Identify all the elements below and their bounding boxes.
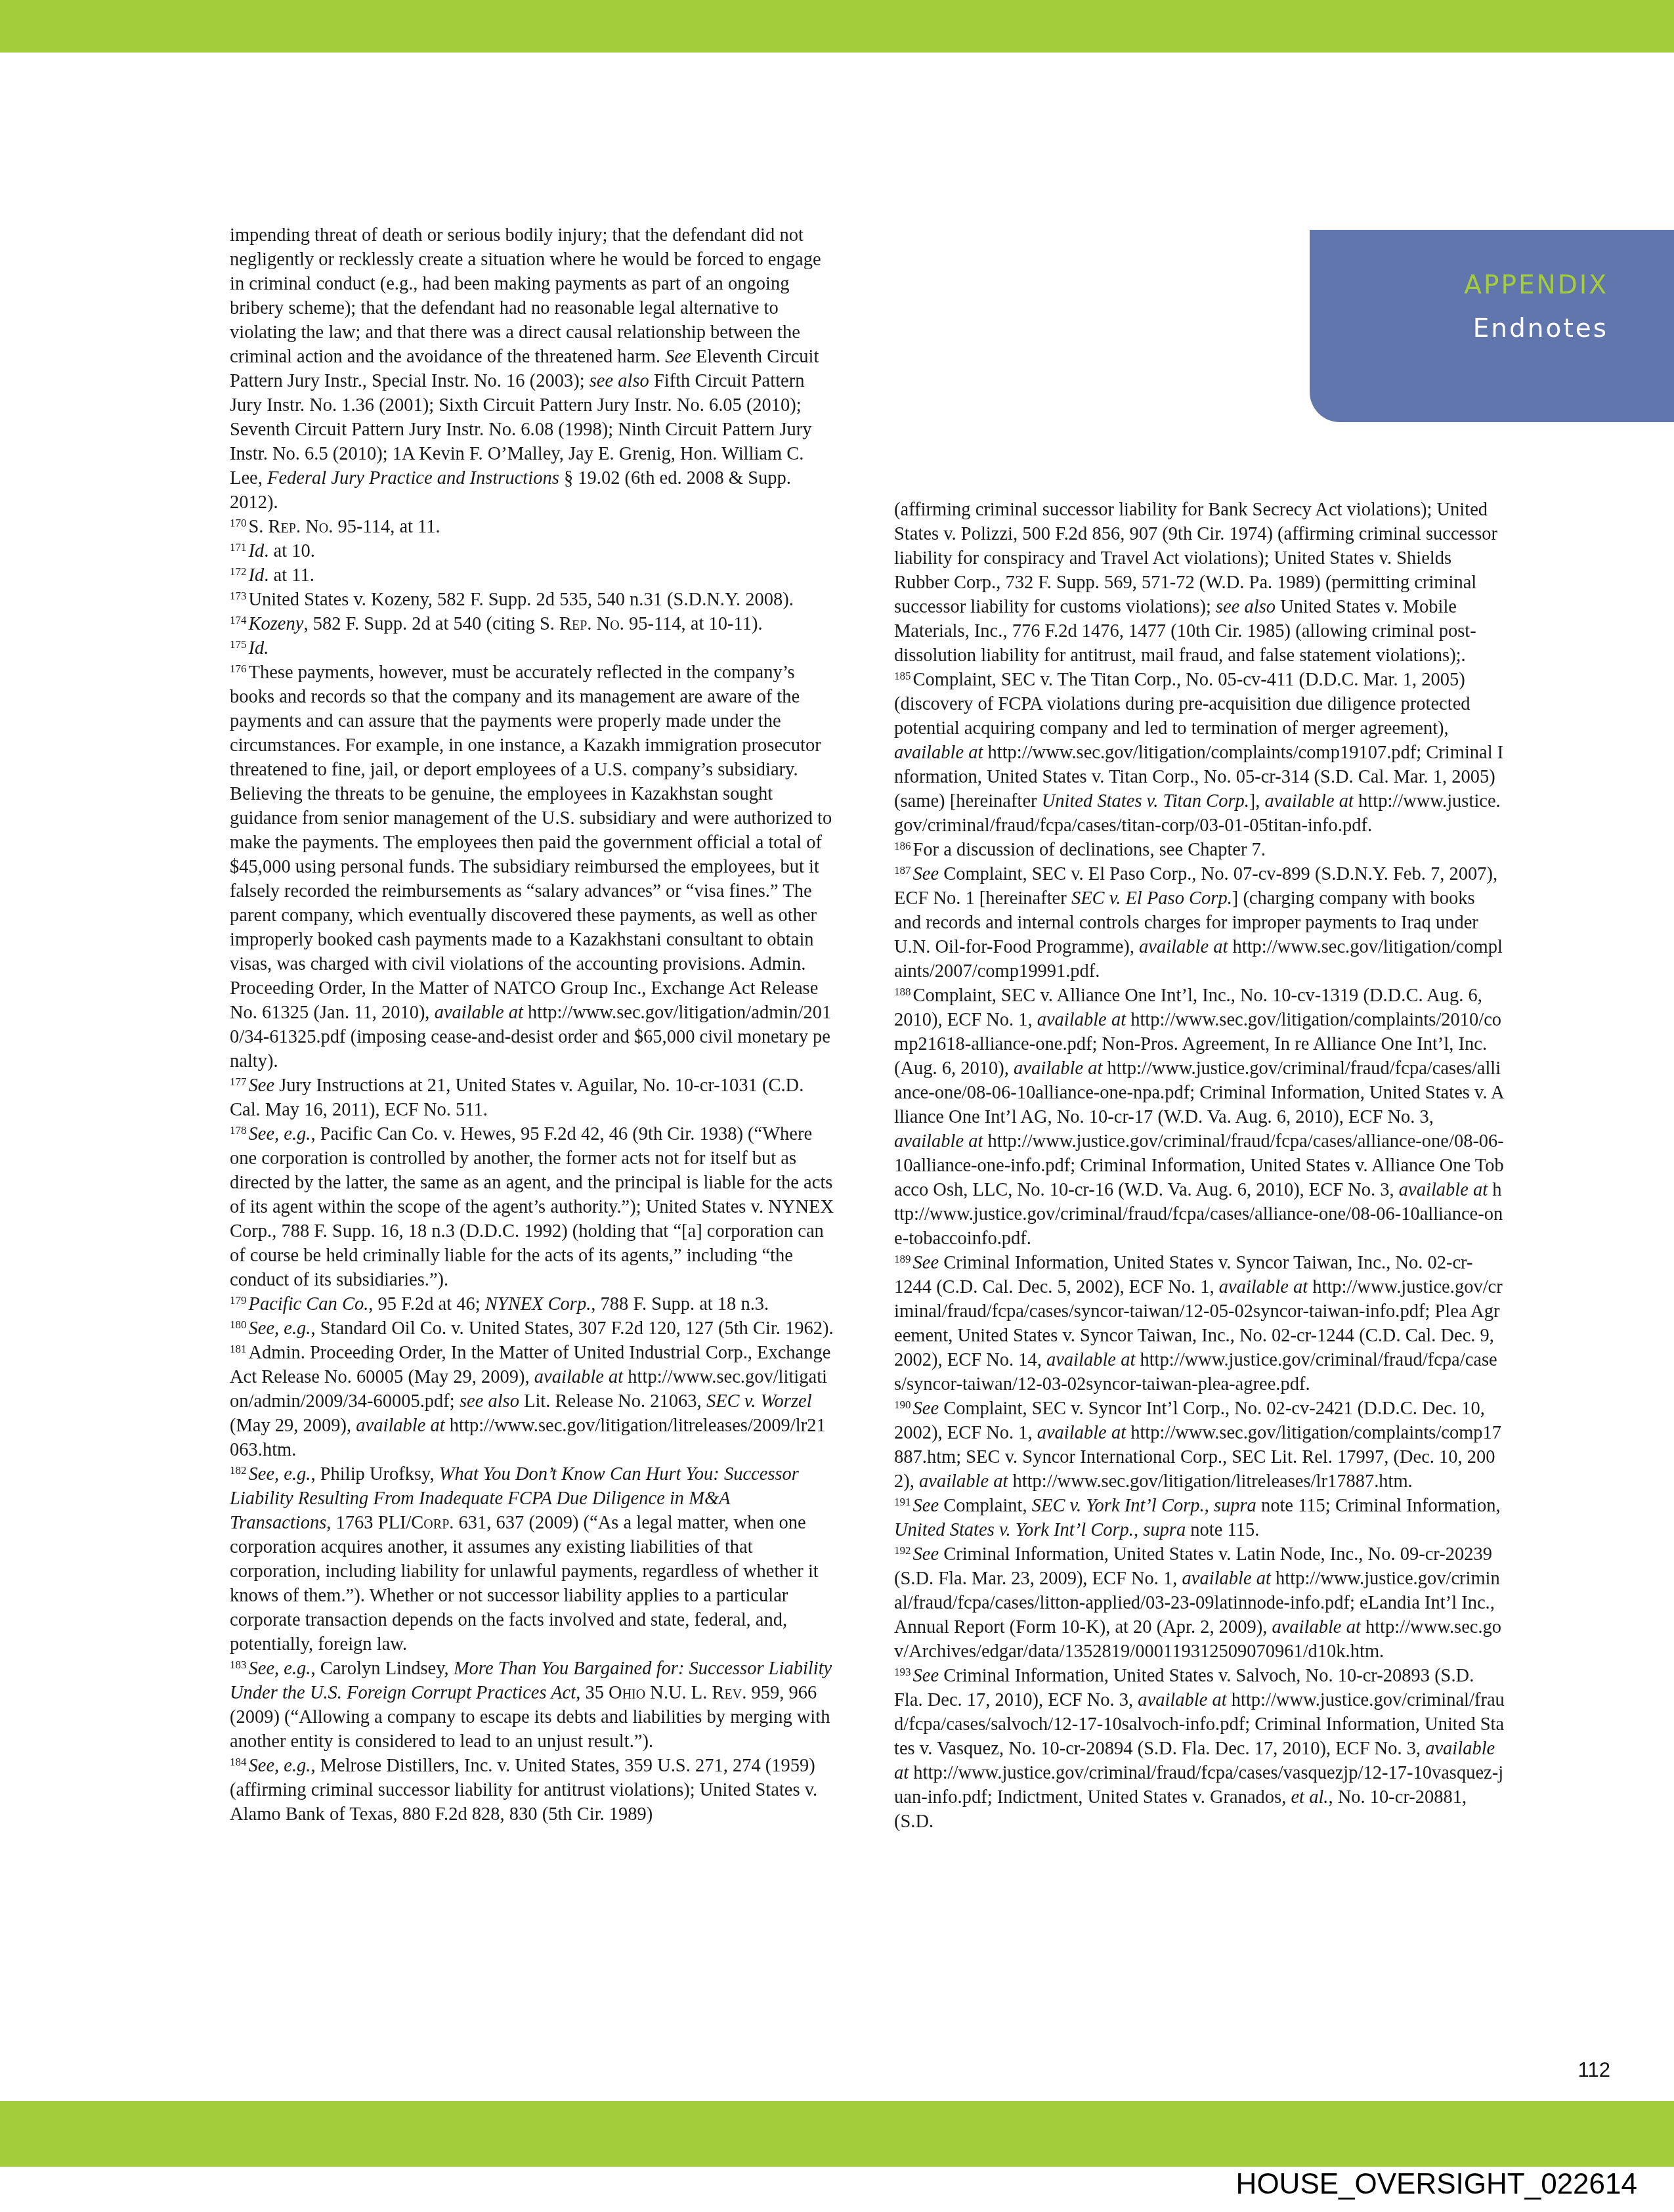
endnote-186: 186For a discussion of declinations, see… [894, 838, 1505, 862]
endnote-178: 178See, e.g., Pacific Can Co. v. Hewes, … [230, 1122, 834, 1292]
endnote-183: 183See, e.g., Carolyn Lindsey, More Than… [230, 1657, 834, 1754]
endnote-190: 190See Complaint, SEC v. Syncor Int’l Co… [894, 1397, 1505, 1494]
endnote-188: 188Complaint, SEC v. Alliance One Int’l,… [894, 984, 1505, 1251]
endnote-number: 183 [230, 1659, 247, 1671]
endnote-177: 177See Jury Instructions at 21, United S… [230, 1073, 834, 1122]
endnote-number: 191 [894, 1496, 911, 1508]
endnote-193: 193See Criminal Information, United Stat… [894, 1664, 1505, 1834]
top-accent-band [0, 0, 1674, 53]
endnote-184-continuation: (affirming criminal successor liability … [894, 498, 1505, 668]
endnote-181: 181Admin. Proceeding Order, In the Matte… [230, 1341, 834, 1462]
endnote-185: 185Complaint, SEC v. The Titan Corp., No… [894, 668, 1505, 838]
endnote-continuation: impending threat of death or serious bod… [230, 223, 834, 515]
endnote-number: 185 [894, 670, 911, 682]
endnote-number: 184 [230, 1756, 247, 1768]
endnote-171: 171Id. at 10. [230, 539, 834, 563]
section-kicker: APPENDIX [1464, 271, 1608, 300]
endnotes-right-column: (affirming criminal successor liability … [894, 498, 1505, 1834]
endnote-187: 187See Complaint, SEC v. El Paso Corp., … [894, 862, 1505, 984]
section-title: Endnotes [1473, 314, 1608, 343]
endnote-184: 184See, e.g., Melrose Distillers, Inc. v… [230, 1754, 834, 1827]
endnote-number: 172 [230, 565, 247, 578]
endnote-176: 176These payments, however, must be accu… [230, 661, 834, 1073]
page-number: 112 [1578, 2058, 1610, 2082]
endnote-174: 174Kozeny, 582 F. Supp. 2d at 540 (citin… [230, 612, 834, 636]
endnote-189: 189See Criminal Information, United Stat… [894, 1251, 1505, 1397]
endnote-number: 176 [230, 662, 247, 675]
endnote-number: 171 [230, 541, 247, 553]
endnote-number: 190 [894, 1399, 911, 1411]
endnote-number: 186 [894, 840, 911, 852]
endnote-191: 191See Complaint, SEC v. York Int’l Corp… [894, 1494, 1505, 1542]
endnote-172: 172Id. at 11. [230, 563, 834, 588]
endnote-179: 179Pacific Can Co., 95 F.2d at 46; NYNEX… [230, 1292, 834, 1316]
endnote-number: 182 [230, 1464, 247, 1477]
endnote-number: 174 [230, 614, 247, 626]
endnote-number: 173 [230, 590, 247, 602]
endnote-number: 170 [230, 517, 247, 529]
endnote-182: 182See, e.g., Philip Urofksy, What You D… [230, 1462, 834, 1657]
endnote-number: 193 [894, 1666, 911, 1678]
endnote-number: 175 [230, 638, 247, 651]
endnote-number: 180 [230, 1318, 247, 1331]
endnote-192: 192See Criminal Information, United Stat… [894, 1542, 1505, 1664]
endnote-number: 192 [894, 1544, 911, 1557]
endnote-170: 170S. Rep. No. 95-114, at 11. [230, 515, 834, 539]
endnote-number: 188 [894, 986, 911, 998]
endnotes-left-column: impending threat of death or serious bod… [230, 223, 834, 1827]
bates-stamp: HOUSE_OVERSIGHT_022614 [1236, 2168, 1637, 2201]
endnote-173: 173United States v. Kozeny, 582 F. Supp.… [230, 588, 834, 612]
endnote-number: 177 [230, 1075, 247, 1088]
section-tab: APPENDIX Endnotes [1310, 230, 1674, 422]
endnote-number: 178 [230, 1124, 247, 1137]
endnote-180: 180See, e.g., Standard Oil Co. v. United… [230, 1316, 834, 1341]
bottom-accent-band [0, 2101, 1674, 2167]
endnote-number: 179 [230, 1294, 247, 1307]
endnote-number: 189 [894, 1253, 911, 1265]
endnote-number: 187 [894, 864, 911, 877]
endnote-175: 175Id. [230, 636, 834, 661]
endnote-number: 181 [230, 1343, 247, 1355]
